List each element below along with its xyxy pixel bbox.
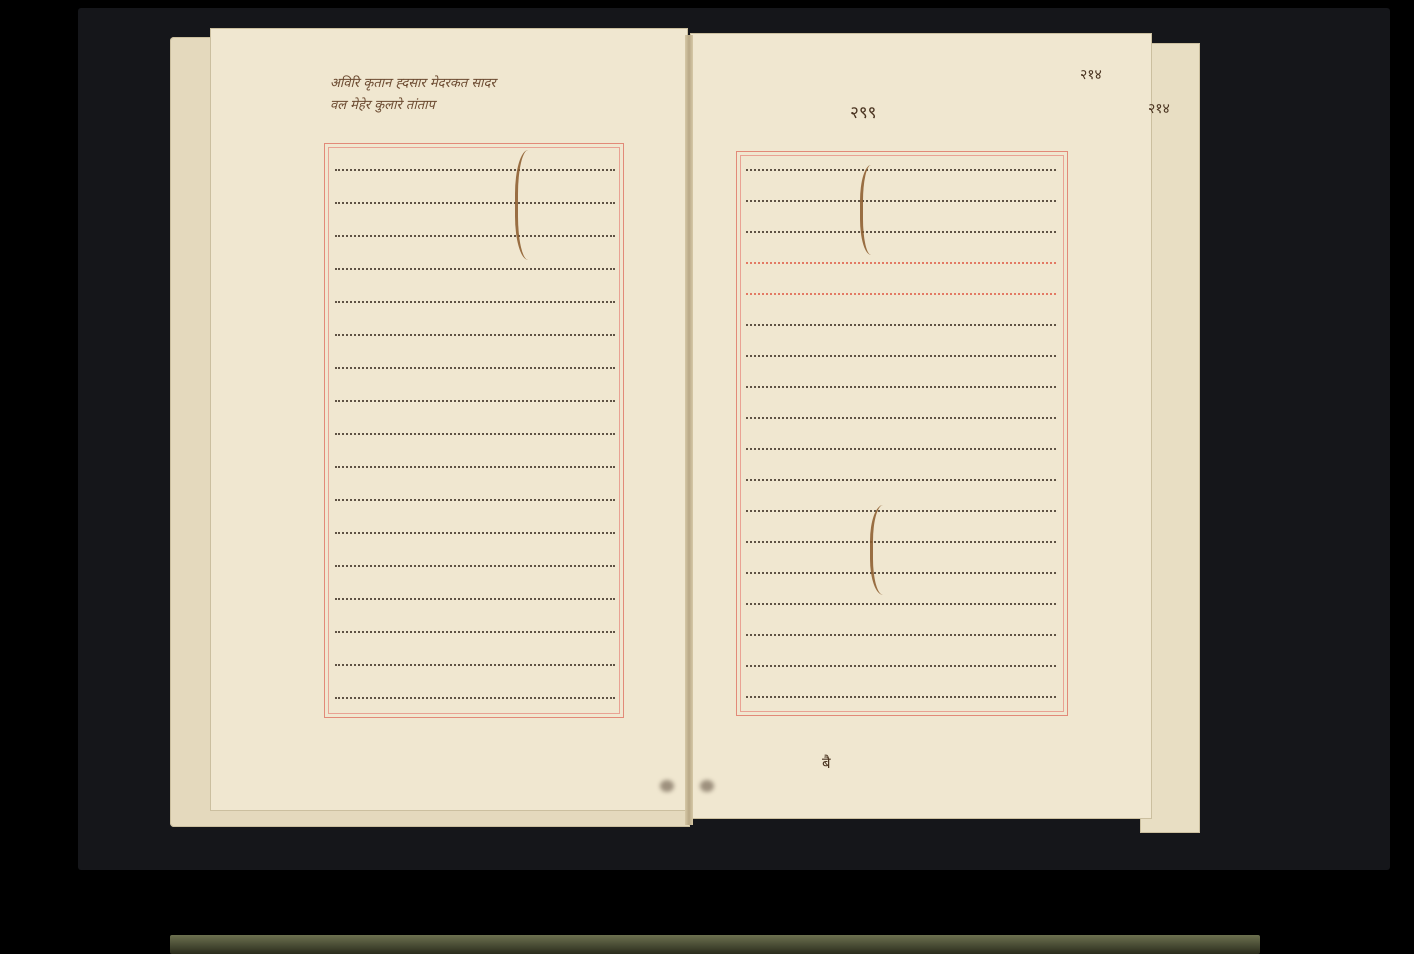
manuscript-line xyxy=(746,217,1056,233)
manuscript-line xyxy=(335,683,615,699)
manuscript-line xyxy=(335,353,615,369)
manuscript-line xyxy=(746,186,1056,202)
left-header-note-1: अविरि कृतान ह्दसार मेदरकत सादर xyxy=(330,73,496,91)
manuscript-line xyxy=(335,254,615,270)
manuscript-line xyxy=(335,617,615,633)
color-calibration-strip xyxy=(170,935,1260,954)
manuscript-line xyxy=(335,221,615,237)
ink-stain xyxy=(700,780,714,792)
manuscript-line xyxy=(335,485,615,501)
manuscript-line xyxy=(746,403,1056,419)
manuscript-line xyxy=(335,320,615,336)
ink-stain xyxy=(660,780,674,792)
open-manuscript: अविरि कृतान ह्दसार मेदरकत सादर वल मेहेर … xyxy=(170,15,1210,835)
manuscript-line xyxy=(746,651,1056,667)
manuscript-line xyxy=(335,419,615,435)
rubric-line xyxy=(746,279,1056,295)
manuscript-line xyxy=(335,287,615,303)
manuscript-line xyxy=(335,518,615,534)
manuscript-line xyxy=(335,650,615,666)
manuscript-line xyxy=(746,620,1056,636)
book-spine xyxy=(685,35,693,825)
manuscript-line xyxy=(335,551,615,567)
manuscript-line xyxy=(746,341,1056,357)
worm-crack xyxy=(870,505,903,595)
rubric-line xyxy=(746,248,1056,264)
manuscript-line xyxy=(335,188,615,204)
corner-number-2: २१४ xyxy=(1148,99,1170,118)
worm-crack xyxy=(515,150,548,260)
manuscript-line xyxy=(335,452,615,468)
manuscript-line xyxy=(746,372,1056,388)
manuscript-line xyxy=(746,589,1056,605)
manuscript-line xyxy=(335,155,615,171)
manuscript-line xyxy=(335,584,615,600)
page-number: २९९ xyxy=(850,100,877,123)
worm-crack xyxy=(860,165,888,255)
manuscript-line xyxy=(335,386,615,402)
manuscript-line xyxy=(746,310,1056,326)
left-header-note-2: वल मेहेर कुलारे तांताप xyxy=(330,95,435,113)
manuscript-line xyxy=(746,465,1056,481)
manuscript-line xyxy=(746,496,1056,512)
manuscript-line xyxy=(746,155,1056,171)
corner-number-1: २१४ xyxy=(1080,65,1102,84)
manuscript-line xyxy=(746,434,1056,450)
manuscript-line xyxy=(746,682,1056,698)
catchword: बै xyxy=(822,753,831,773)
